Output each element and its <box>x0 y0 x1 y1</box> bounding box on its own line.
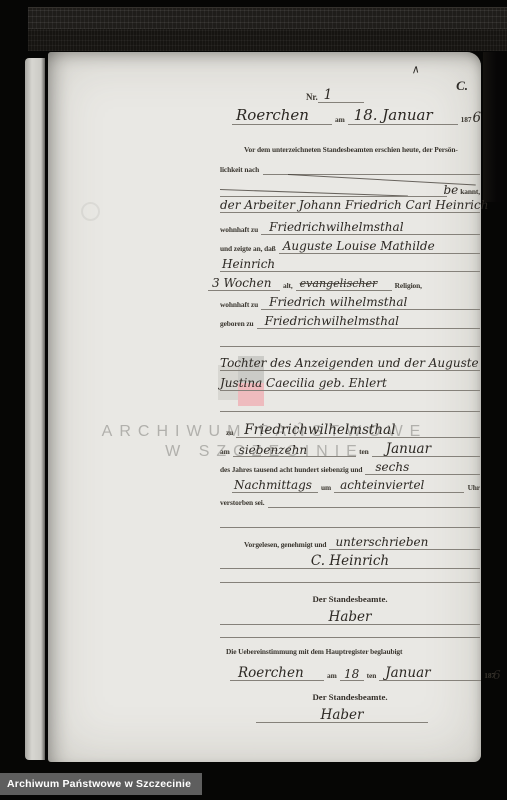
death-time-label: um <box>321 484 331 493</box>
form-line-place-date: Roerchen am 18. Januar 187 6 <box>232 108 480 125</box>
declarant-name: der Arbeiter Johann Friedrich Carl Heinr… <box>220 199 480 213</box>
form-line-approval: Vorgelesen, genehmigt und unterschrieben <box>220 536 480 550</box>
form-line-parents2: Justina Caecilia geb. Ehlert <box>220 377 480 391</box>
blank-rule <box>220 196 447 197</box>
parents-line-1: Tochter des Anzeigenden und der Auguste <box>220 357 480 371</box>
blank-line <box>220 629 480 638</box>
death-year-label: des Jahres tausend acht hundert siebenzi… <box>220 466 362 475</box>
form-line-intro1: Vor dem unterzeichneten Standesbeamten e… <box>220 146 480 155</box>
form-line-signature-declarant: C. Heinrich <box>220 554 480 569</box>
blank-line <box>220 403 480 412</box>
cert-year-script: 6 <box>493 669 501 682</box>
religion-label: Religion, <box>395 282 422 291</box>
book-cover-band-lower <box>28 29 507 51</box>
form-line-death-time: Nachmittags um achteinviertel Uhr <box>220 479 480 493</box>
form-line-certification: Die Uebereinstimmung mit dem Hauptregist… <box>220 648 480 657</box>
signature-registrar-2: Haber <box>256 708 428 723</box>
form-line-signature-registrar: Haber <box>220 610 480 625</box>
certification-text: Die Uebereinstimmung mit dem Hauptregist… <box>220 648 402 657</box>
year-print: 187 <box>461 116 472 125</box>
death-place-value: Friedrichwilhelmsthal <box>236 423 480 438</box>
form-line-residence: wohnhaft zu Friedrichwilhelmsthal <box>220 221 480 235</box>
intro-text-1: Vor dem unterzeichneten Standesbeamten e… <box>220 146 458 155</box>
death-month-value: Januar <box>372 442 480 457</box>
form-line-death-year: des Jahres tausend acht hundert siebenzi… <box>220 461 480 475</box>
death-record-form: Nr. 1 Roerchen am 18. Januar 187 6 Vor d… <box>220 86 480 750</box>
record-place: Roerchen <box>232 108 332 125</box>
birthplace-value: Friedrichwilhelmsthal <box>257 315 480 329</box>
blank-rule <box>473 680 481 681</box>
residence2-value: Friedrich wilhelmsthal <box>261 296 480 310</box>
form-line-number: Nr. 1 <box>306 88 364 103</box>
adjacent-page-edge <box>25 58 45 760</box>
cert-place: Roerchen <box>230 666 324 681</box>
intro-text-2: lichkeit nach <box>220 166 259 175</box>
document-page[interactable]: C. ∧ ARCHIWUM PAŃSTWOWE W SZCZECINIE Nr.… <box>48 52 481 762</box>
death-time-value: achteinviertel <box>334 479 463 493</box>
form-line-declarant: der Arbeiter Johann Friedrich Carl Heinr… <box>220 199 480 213</box>
paper-blemish-ring <box>81 202 100 221</box>
signature-registrar: Haber <box>220 610 480 625</box>
record-date: 18. Januar <box>348 108 458 125</box>
archive-caption-label: Archiwum Państwowe w Szczecinie <box>7 778 191 790</box>
blank-line <box>220 519 480 528</box>
deceased-name-2: Heinrich <box>220 258 480 272</box>
form-line-cert-date: Roerchen am 18 ten Januar 187 6 <box>230 666 480 681</box>
closing-label: verstorben sei. <box>220 499 264 508</box>
registrar-title-2: Der Standesbeamte. <box>220 692 480 702</box>
form-line-born: geboren zu Friedrichwilhelmsthal <box>220 315 480 329</box>
blank-line <box>220 338 480 347</box>
blank-rule <box>220 527 480 528</box>
blank-rule <box>220 582 480 583</box>
cover-edge-shade <box>483 52 503 202</box>
signature-declarant: C. Heinrich <box>220 554 480 569</box>
form-line-notify: und zeigte an, daß Auguste Louise Mathil… <box>220 240 480 254</box>
form-line-registrar-title2: Der Standesbeamte. <box>220 692 480 702</box>
cert-day-suffix: ten <box>367 672 377 681</box>
blank-rule <box>220 346 480 347</box>
death-time-suffix: Uhr <box>468 484 480 493</box>
year-script: 6 <box>472 111 481 125</box>
death-day-suffix: ten <box>359 448 369 457</box>
residence-value: Friedrichwilhelmsthal <box>261 221 480 235</box>
form-line-parents1: Tochter des Anzeigenden und der Auguste <box>220 357 480 371</box>
scan-viewport[interactable]: C. ∧ ARCHIWUM PAŃSTWOWE W SZCZECINIE Nr.… <box>0 0 507 800</box>
form-line-death-place: zu Friedrichwilhelmsthal <box>220 423 480 438</box>
nr-value: 1 <box>318 88 364 103</box>
book-cover-band <box>28 7 507 30</box>
death-place-label: zu <box>226 429 233 438</box>
notify-label: und zeigte an, daß <box>220 245 276 254</box>
form-line-intro2: lichkeit nach <box>220 166 480 175</box>
death-year-value: sechs <box>365 461 480 475</box>
approval-print: Vorgelesen, genehmigt und <box>244 541 326 550</box>
residence2-label: wohnhaft zu <box>220 301 258 310</box>
death-day-label: am <box>220 448 230 457</box>
form-line-age-religion: 3 Wochen alt, evangelischer Religion, <box>220 277 480 291</box>
parents-line-2: Justina Caecilia geb. Ehlert <box>220 377 480 391</box>
cert-day: 18 <box>340 668 364 682</box>
blank-rule <box>220 637 480 638</box>
death-time-period: Nachmittags <box>232 479 318 493</box>
known-print: kannt, <box>460 188 480 197</box>
form-line-signature-registrar2: Haber <box>256 708 428 723</box>
blank-rule <box>220 411 480 412</box>
archive-caption-bar: Archiwum Państwowe w Szczecinie <box>0 773 202 795</box>
registrar-title: Der Standesbeamte. <box>220 594 480 604</box>
nr-label: Nr. <box>306 92 318 103</box>
blank-line <box>220 574 480 583</box>
deceased-name-1: Auguste Louise Mathilde <box>279 240 480 254</box>
form-line-closing: verstorben sei. <box>220 499 480 508</box>
form-line-residence2: wohnhaft zu Friedrich wilhelmsthal <box>220 296 480 310</box>
residence-label: wohnhaft zu <box>220 226 258 235</box>
am-label: am <box>335 116 345 125</box>
form-line-death-day: am siebenzehn ten Januar <box>220 442 480 457</box>
form-line-deceased2: Heinrich <box>220 258 480 272</box>
cert-month: Januar <box>379 666 473 681</box>
age-value: 3 Wochen <box>208 277 280 291</box>
approval-script: unterschrieben <box>329 536 480 550</box>
age-label: alt, <box>283 282 293 291</box>
death-day-value: siebenzehn <box>233 444 356 458</box>
known-script: be <box>443 184 458 197</box>
blank-rule <box>268 507 480 508</box>
cert-am: am <box>327 672 337 681</box>
born-label: geboren zu <box>220 320 254 329</box>
stray-pen-mark: ∧ <box>410 62 420 76</box>
religion-value: evangelischer <box>296 278 392 291</box>
form-line-registrar-title: Der Standesbeamte. <box>220 594 480 604</box>
form-line-known: be kannt, <box>220 184 480 197</box>
